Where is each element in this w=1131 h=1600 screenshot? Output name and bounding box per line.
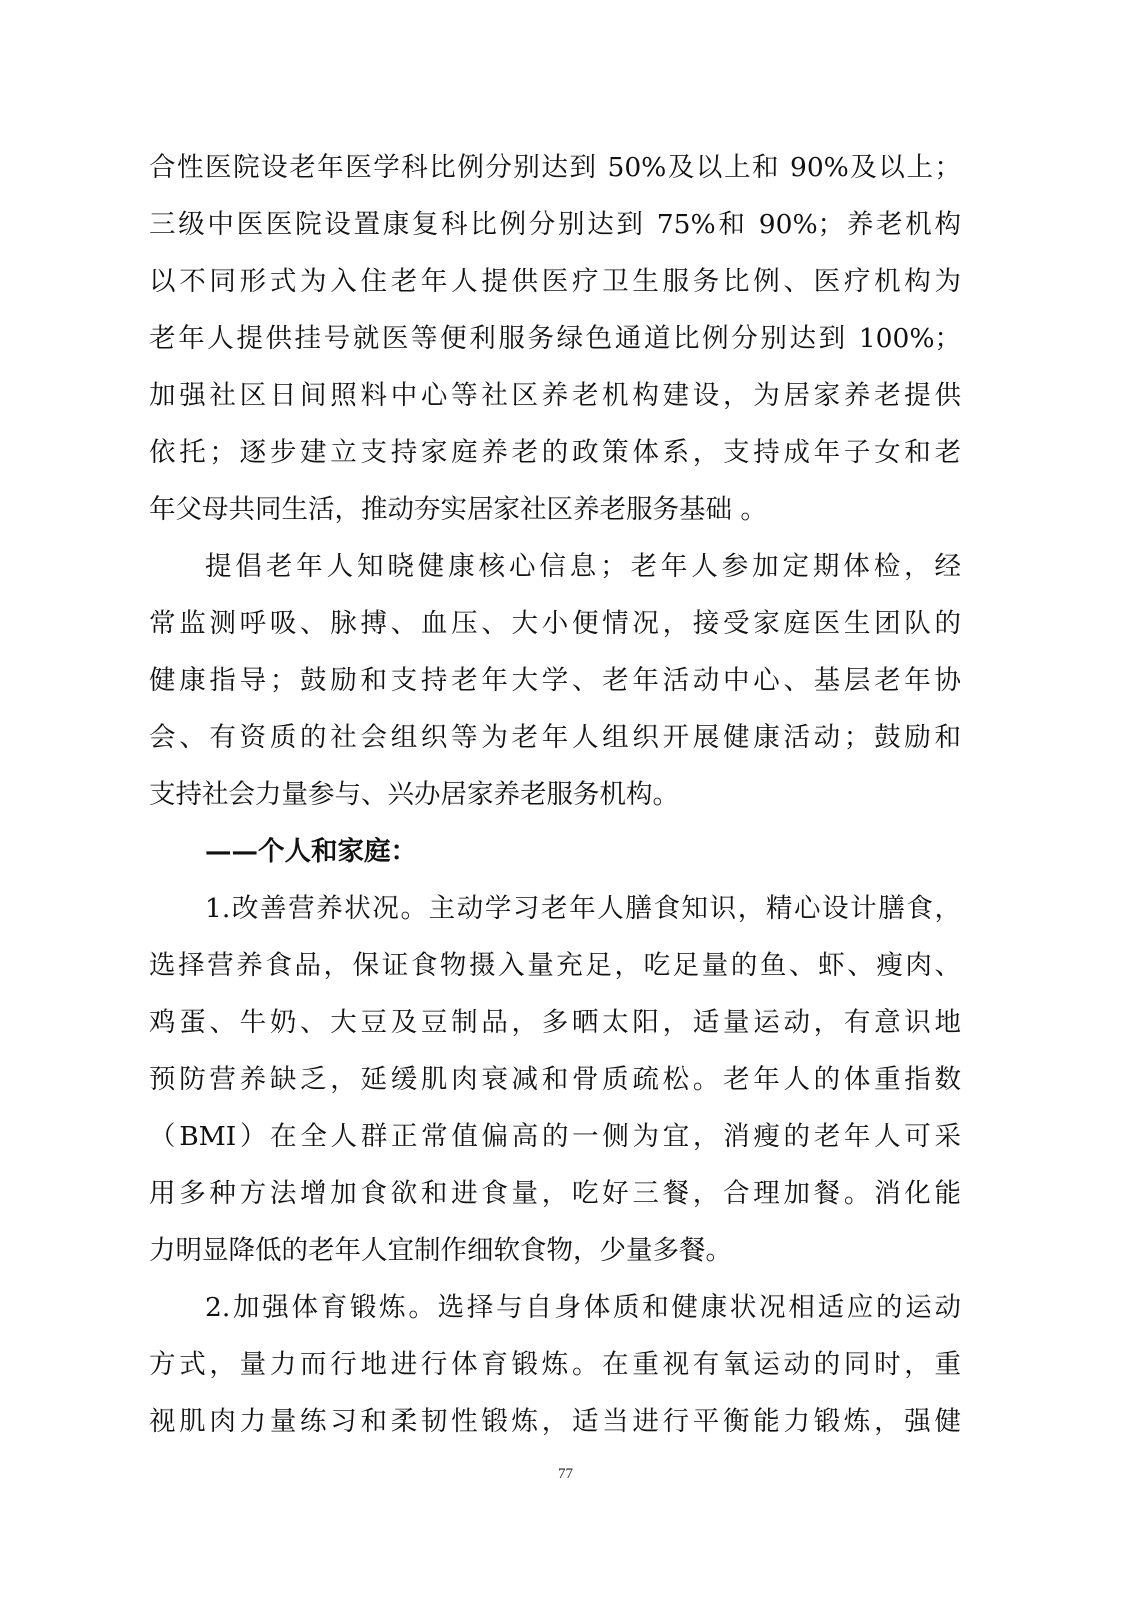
text-line: 会、有资质的社会组织等为老年人组织开展健康活动；鼓励和 [149,718,961,758]
text-line: 支持社会力量参与、兴办居家养老服务机构。 [149,775,961,815]
text-line: 选择营养食品，保证食物摄入量充足，吃足量的鱼、虾、瘦肉、 [149,946,961,986]
text-line: 常监测呼吸、脉搏、血压、大小便情况，接受家庭医生团队的 [149,604,961,644]
text-line: 年父母共同生活，推动夯实居家社区养老服务基础 。 [149,490,961,530]
text-line: 三级中医医院设置康复科比例分别达到 75%和 90%；养老机构 [149,205,961,245]
text-line: （BMI）在全人群正常值偏高的一侧为宜，消瘦的老年人可采 [149,1117,961,1157]
text-line: 预防营养缺乏，延缓肌肉衰减和骨质疏松。老年人的体重指数 [149,1060,961,1100]
page-number: 77 [0,1466,1131,1483]
text-line: 加强社区日间照料中心等社区养老机构建设，为居家养老提供 [149,376,961,416]
text-line: 鸡蛋、牛奶、大豆及豆制品，多晒太阳，适量运动，有意识地 [149,1003,961,1043]
paragraph-start-line: 2.加强体育锻炼。选择与自身体质和健康状况相适应的运动 [205,1288,961,1328]
document-page: 合性医院设老年医学科比例分别达到 50%及以上和 90%及以上； 三级中医医院设… [0,0,1131,1600]
text-line: 健康指导；鼓励和支持老年大学、老年活动中心、基层老年协 [149,661,961,701]
text-line: 依托；逐步建立支持家庭养老的政策体系，支持成年子女和老 [149,433,961,473]
text-line: 老年人提供挂号就医等便利服务绿色通道比例分别达到 100%； [149,319,961,359]
paragraph-start-line: 1.改善营养状况。主动学习老年人膳食知识，精心设计膳食， [205,889,961,929]
text-line: 视肌肉力量练习和柔韧性锻炼，适当进行平衡能力锻炼，强健 [149,1402,961,1442]
text-line: 用多种方法增加食欲和进食量，吃好三餐，合理加餐。消化能 [149,1174,961,1214]
paragraph-start-line: 提倡老年人知晓健康核心信息；老年人参加定期体检，经 [205,547,961,587]
text-line: 合性医院设老年医学科比例分别达到 50%及以上和 90%及以上； [149,148,961,188]
section-heading: ——个人和家庭： [205,832,417,872]
text-line: 以不同形式为入住老年人提供医疗卫生服务比例、医疗机构为 [149,262,961,302]
text-line: 方式，量力而行地进行体育锻炼。在重视有氧运动的同时，重 [149,1345,961,1385]
text-line: 力明显降低的老年人宜制作细软食物，少量多餐。 [149,1231,961,1271]
